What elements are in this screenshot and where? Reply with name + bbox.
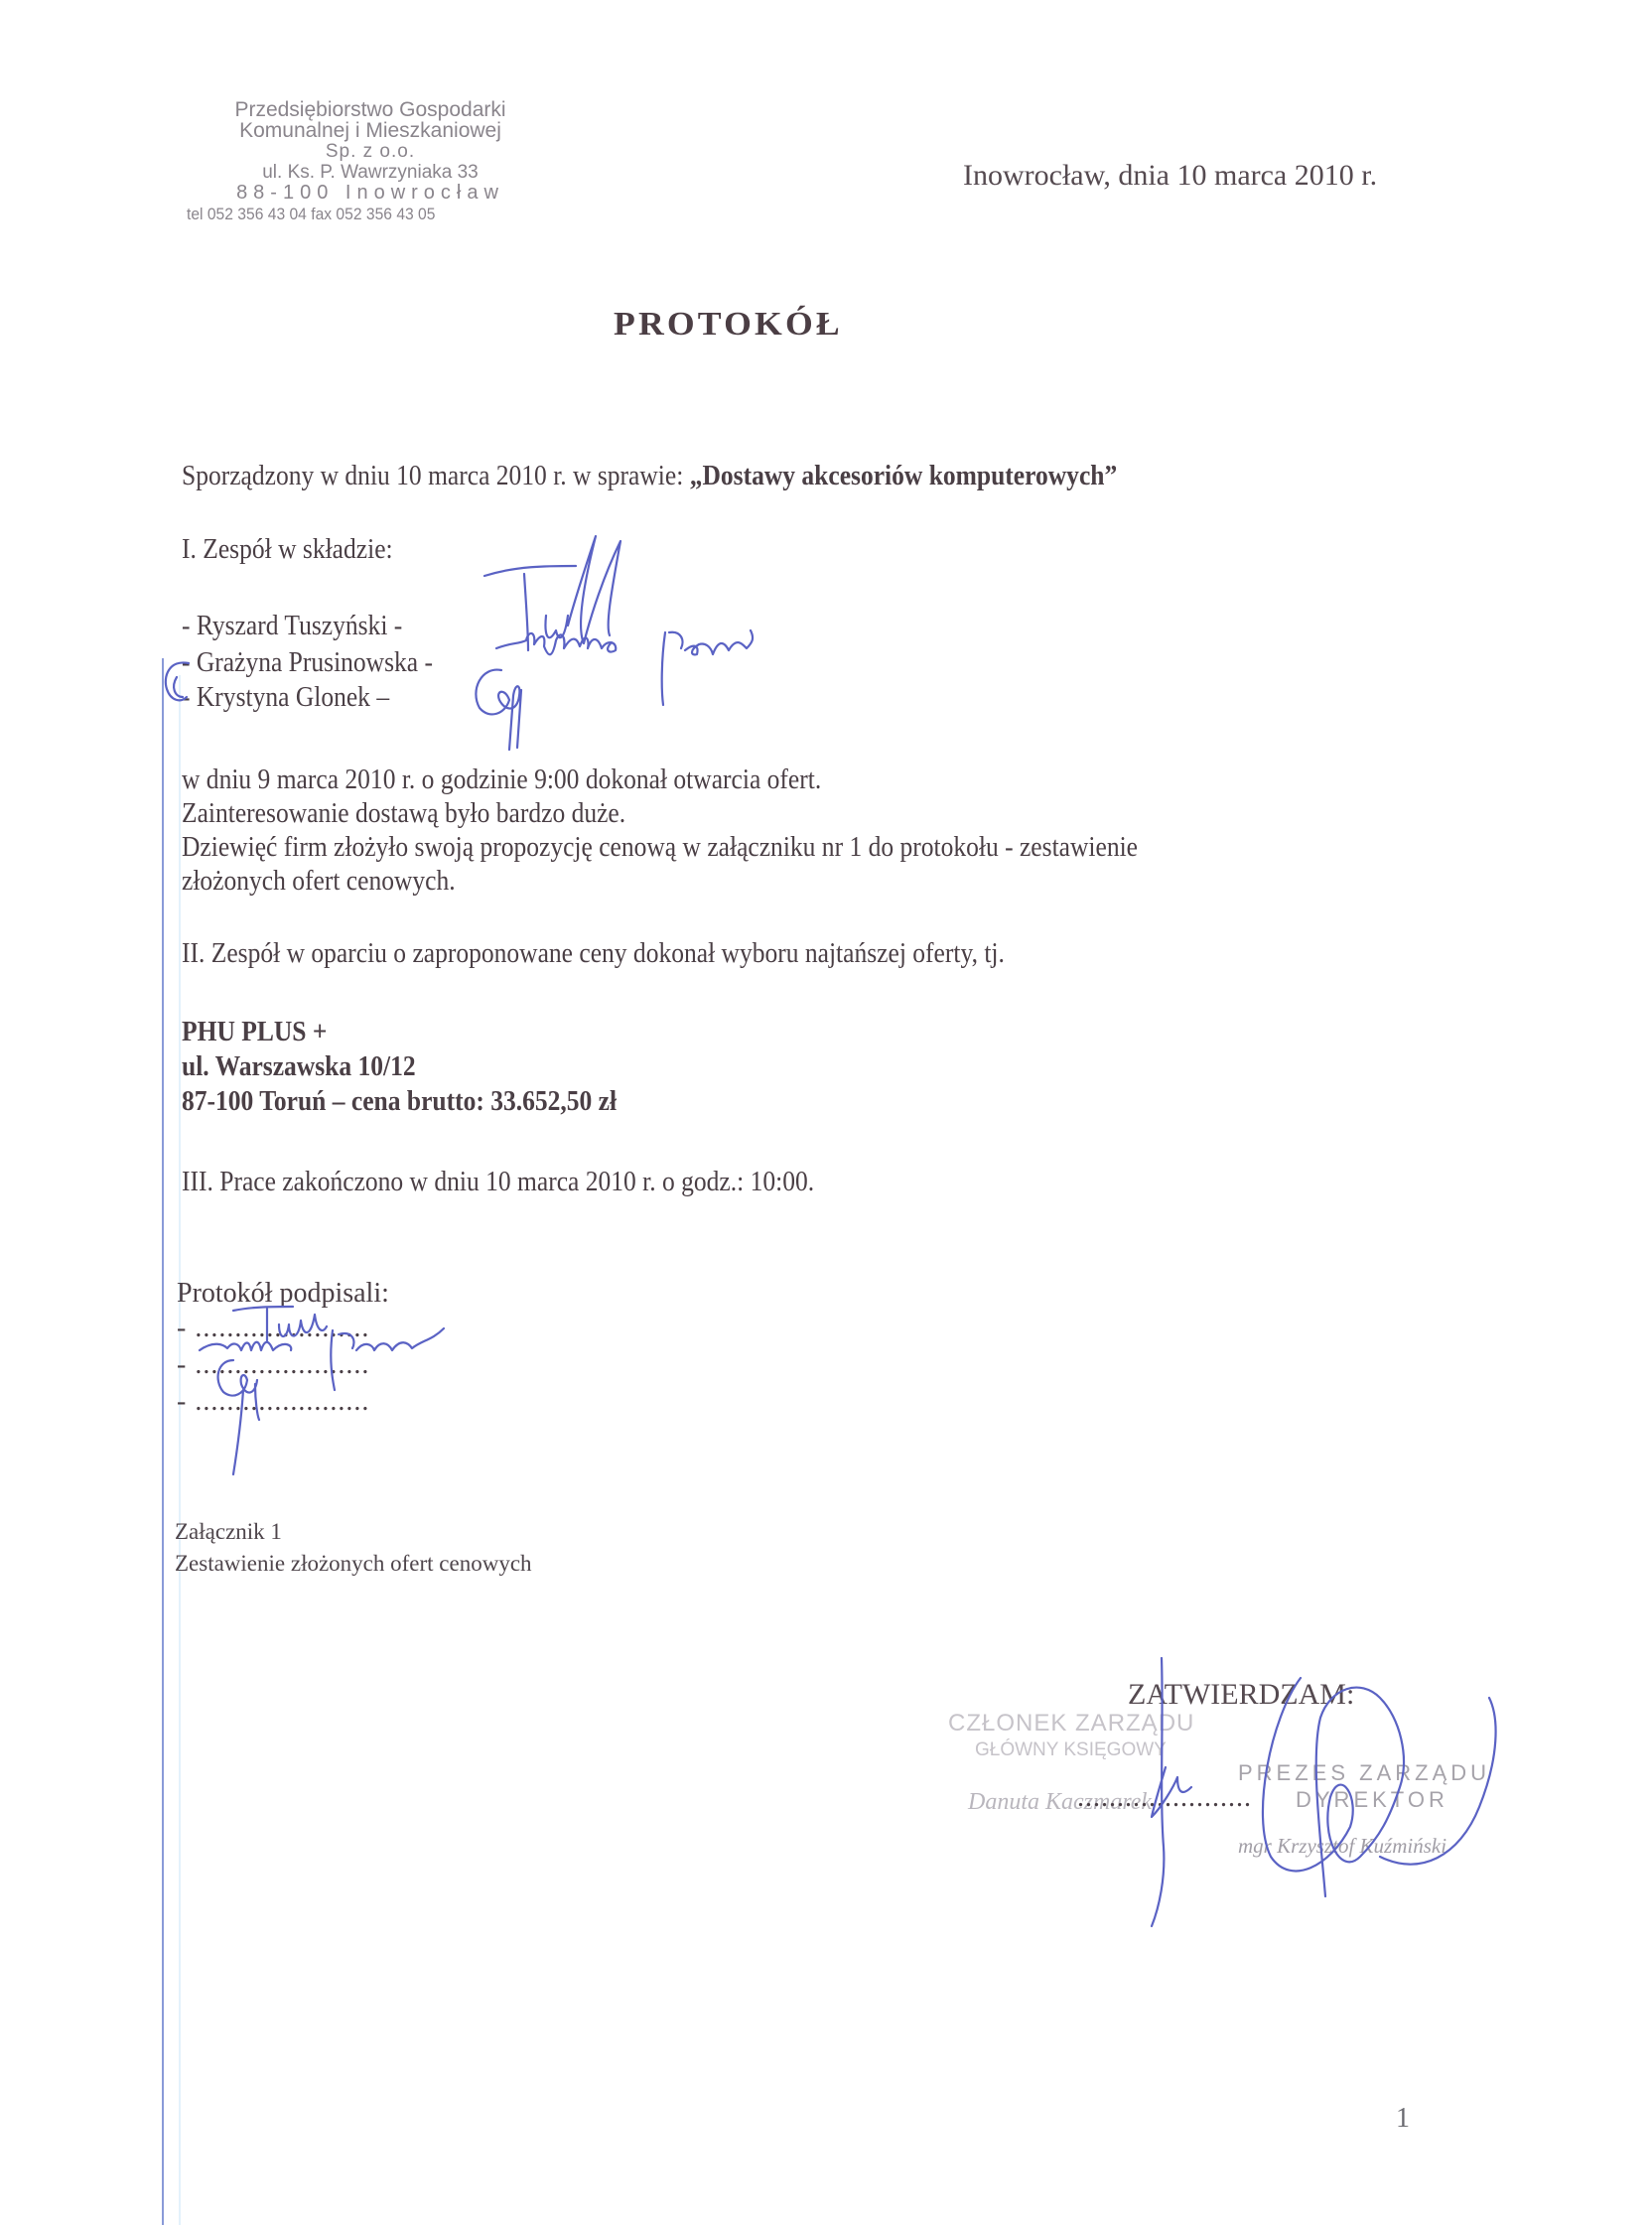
subject-name: „Dostawy akcesoriów komputerowych” (690, 460, 1118, 491)
subject-prefix: Sporządzony w dniu 10 marca 2010 r. w sp… (182, 460, 690, 491)
signature-approval-icon (1082, 1658, 1539, 1936)
place-date: Inowrocław, dnia 10 marca 2010 r. (963, 159, 1377, 193)
section3-text: III. Prace zakończono w dniu 10 marca 20… (182, 1165, 814, 1198)
section2-text: II. Zespół w oparciu o zaproponowane cen… (182, 936, 1005, 970)
section1-para-4: złożonych ofert cenowych. (182, 864, 456, 898)
document-title: PROTOKÓŁ (614, 306, 843, 344)
stamp-line-5: 88-100 Inowrocław (187, 183, 554, 204)
margin-line (162, 658, 164, 2225)
signature-gp-icon (462, 660, 551, 760)
member-3: - Krystyna Glonek – (182, 680, 389, 714)
section1-para-2: Zainteresowanie dostawą było bardzo duże… (182, 796, 625, 830)
winner-street: ul. Warszawska 10/12 (182, 1049, 416, 1083)
winner-city-price: 87-100 Toruń – cena brutto: 33.652,50 zł (182, 1084, 617, 1118)
attachment-label: Załącznik 1 (175, 1515, 282, 1548)
page-number: 1 (1396, 2103, 1410, 2135)
subject-line: Sporządzony w dniu 10 marca 2010 r. w sp… (182, 459, 1117, 492)
attachment-description: Zestawienie złożonych ofert cenowych (175, 1547, 532, 1580)
stamp-line-6: tel 052 356 43 04 fax 052 356 43 05 (187, 204, 524, 224)
letterhead-stamp: Przedsiębiorstwo Gospodarki Komunalnej i… (187, 99, 554, 224)
section1-para-3: Dziewięć firm złożyło swoją propozycję c… (182, 830, 1138, 864)
member-2: - Grażyna Prusinowska - (182, 645, 433, 679)
stamp-line-2: Komunalnej i Mieszkaniowej (187, 120, 554, 141)
section1-heading: I. Zespół w składzie: (182, 532, 393, 566)
winner-name: PHU PLUS + (182, 1015, 327, 1048)
stamp-line-4: ul. Ks. P. Wawrzyniaka 33 (187, 162, 554, 183)
section1-para-1: w dniu 9 marca 2010 r. o godzinie 9:00 d… (182, 763, 821, 796)
margin-line-light (179, 675, 181, 2225)
signature-block-icon (194, 1301, 491, 1479)
member-1: - Ryszard Tuszyński - (182, 609, 402, 642)
stamp-line-1: Przedsiębiorstwo Gospodarki (187, 99, 554, 120)
signature-margin-g-icon (159, 657, 199, 717)
stamp-line-3: Sp. z o.o. (187, 141, 554, 162)
